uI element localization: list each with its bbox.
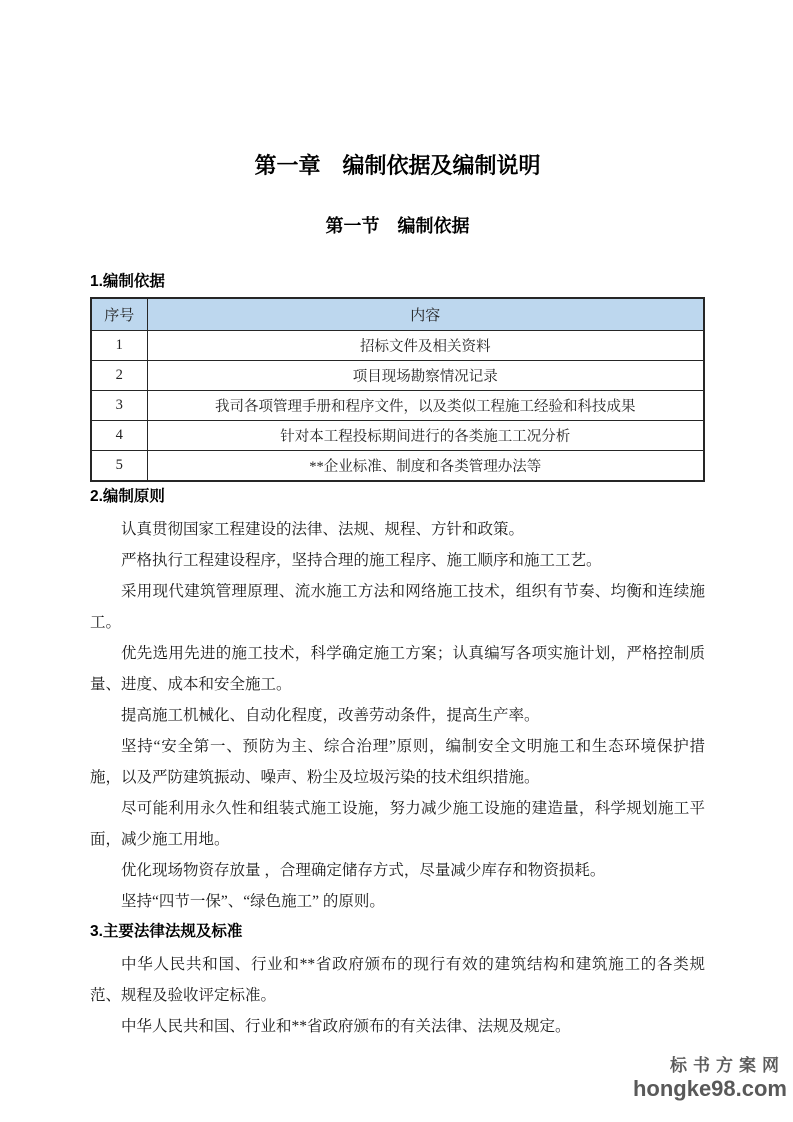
- paragraph: 坚持“四节一保”、“绿色施工” 的原则。: [90, 886, 705, 917]
- table-row: 1 招标文件及相关资料: [91, 331, 704, 361]
- row-no-cell: 3: [91, 391, 147, 421]
- row-no-cell: 4: [91, 421, 147, 451]
- header-cell-content: 内容: [147, 298, 704, 331]
- paragraph: 坚持“安全第一、预防为主、综合治理”原则，编制安全文明施工和生态环境保护措施，以…: [90, 731, 705, 793]
- row-content-cell: **企业标准、制度和各类管理办法等: [147, 451, 704, 482]
- laws-heading: 3.主要法律法规及标准: [90, 921, 705, 942]
- basis-table: 序号 内容 1 招标文件及相关资料 2 项目现场勘察情况记录 3 我司各项管理手…: [90, 297, 705, 482]
- table-row: 3 我司各项管理手册和程序文件，以及类似工程施工经验和科技成果: [91, 391, 704, 421]
- laws-paragraphs: 中华人民共和国、行业和**省政府颁布的现行有效的建筑结构和建筑施工的各类规范、规…: [90, 949, 705, 1042]
- header-cell-no: 序号: [91, 298, 147, 331]
- row-content-cell: 针对本工程投标期间进行的各类施工工况分析: [147, 421, 704, 451]
- row-content-cell: 项目现场勘察情况记录: [147, 361, 704, 391]
- paragraph: 中华人民共和国、行业和**省政府颁布的有关法律、法规及规定。: [90, 1011, 705, 1042]
- section-heading: 第一节 编制依据: [90, 214, 705, 238]
- table-row: 2 项目现场勘察情况记录: [91, 361, 704, 391]
- table-row: 4 针对本工程投标期间进行的各类施工工况分析: [91, 421, 704, 451]
- paragraph: 严格执行工程建设程序，坚持合理的施工程序、施工顺序和施工工艺。: [90, 545, 705, 576]
- table-row: 5 **企业标准、制度和各类管理办法等: [91, 451, 704, 482]
- chapter-heading: 第一章 编制依据及编制说明: [90, 152, 705, 180]
- table-header-row: 序号 内容: [91, 298, 704, 331]
- row-no-cell: 5: [91, 451, 147, 482]
- document-page: 第一章 编制依据及编制说明 第一节 编制依据 1.编制依据 序号 内容 1 招标…: [0, 0, 793, 1122]
- paragraph: 中华人民共和国、行业和**省政府颁布的现行有效的建筑结构和建筑施工的各类规范、规…: [90, 949, 705, 1011]
- paragraph: 提高施工机械化、自动化程度，改善劳动条件，提高生产率。: [90, 700, 705, 731]
- row-no-cell: 1: [91, 331, 147, 361]
- paragraph: 采用现代建筑管理原理、流水施工方法和网络施工技术，组织有节奏、均衡和连续施工。: [90, 576, 705, 638]
- paragraph: 认真贯彻国家工程建设的法律、法规、规程、方针和政策。: [90, 514, 705, 545]
- paragraph: 尽可能利用永久性和组装式施工设施，努力减少施工设施的建造量，科学规划施工平面，减…: [90, 793, 705, 855]
- principles-paragraphs: 认真贯彻国家工程建设的法律、法规、规程、方针和政策。 严格执行工程建设程序，坚持…: [90, 514, 705, 917]
- principles-heading: 2.编制原则: [90, 486, 705, 507]
- watermark-site-url: hongke98.com: [633, 1076, 787, 1101]
- paragraph: 优化现场物资存放量 ，合理确定储存方式，尽量减少库存和物资损耗。: [90, 855, 705, 886]
- row-no-cell: 2: [91, 361, 147, 391]
- watermark: 标书方案网 hongke98.com: [633, 1056, 787, 1101]
- watermark-site-name: 标书方案网: [633, 1056, 785, 1076]
- basis-heading: 1.编制依据: [90, 271, 705, 292]
- row-content-cell: 我司各项管理手册和程序文件，以及类似工程施工经验和科技成果: [147, 391, 704, 421]
- row-content-cell: 招标文件及相关资料: [147, 331, 704, 361]
- paragraph: 优先选用先进的施工技术，科学确定施工方案；认真编写各项实施计划，严格控制质量、进…: [90, 638, 705, 700]
